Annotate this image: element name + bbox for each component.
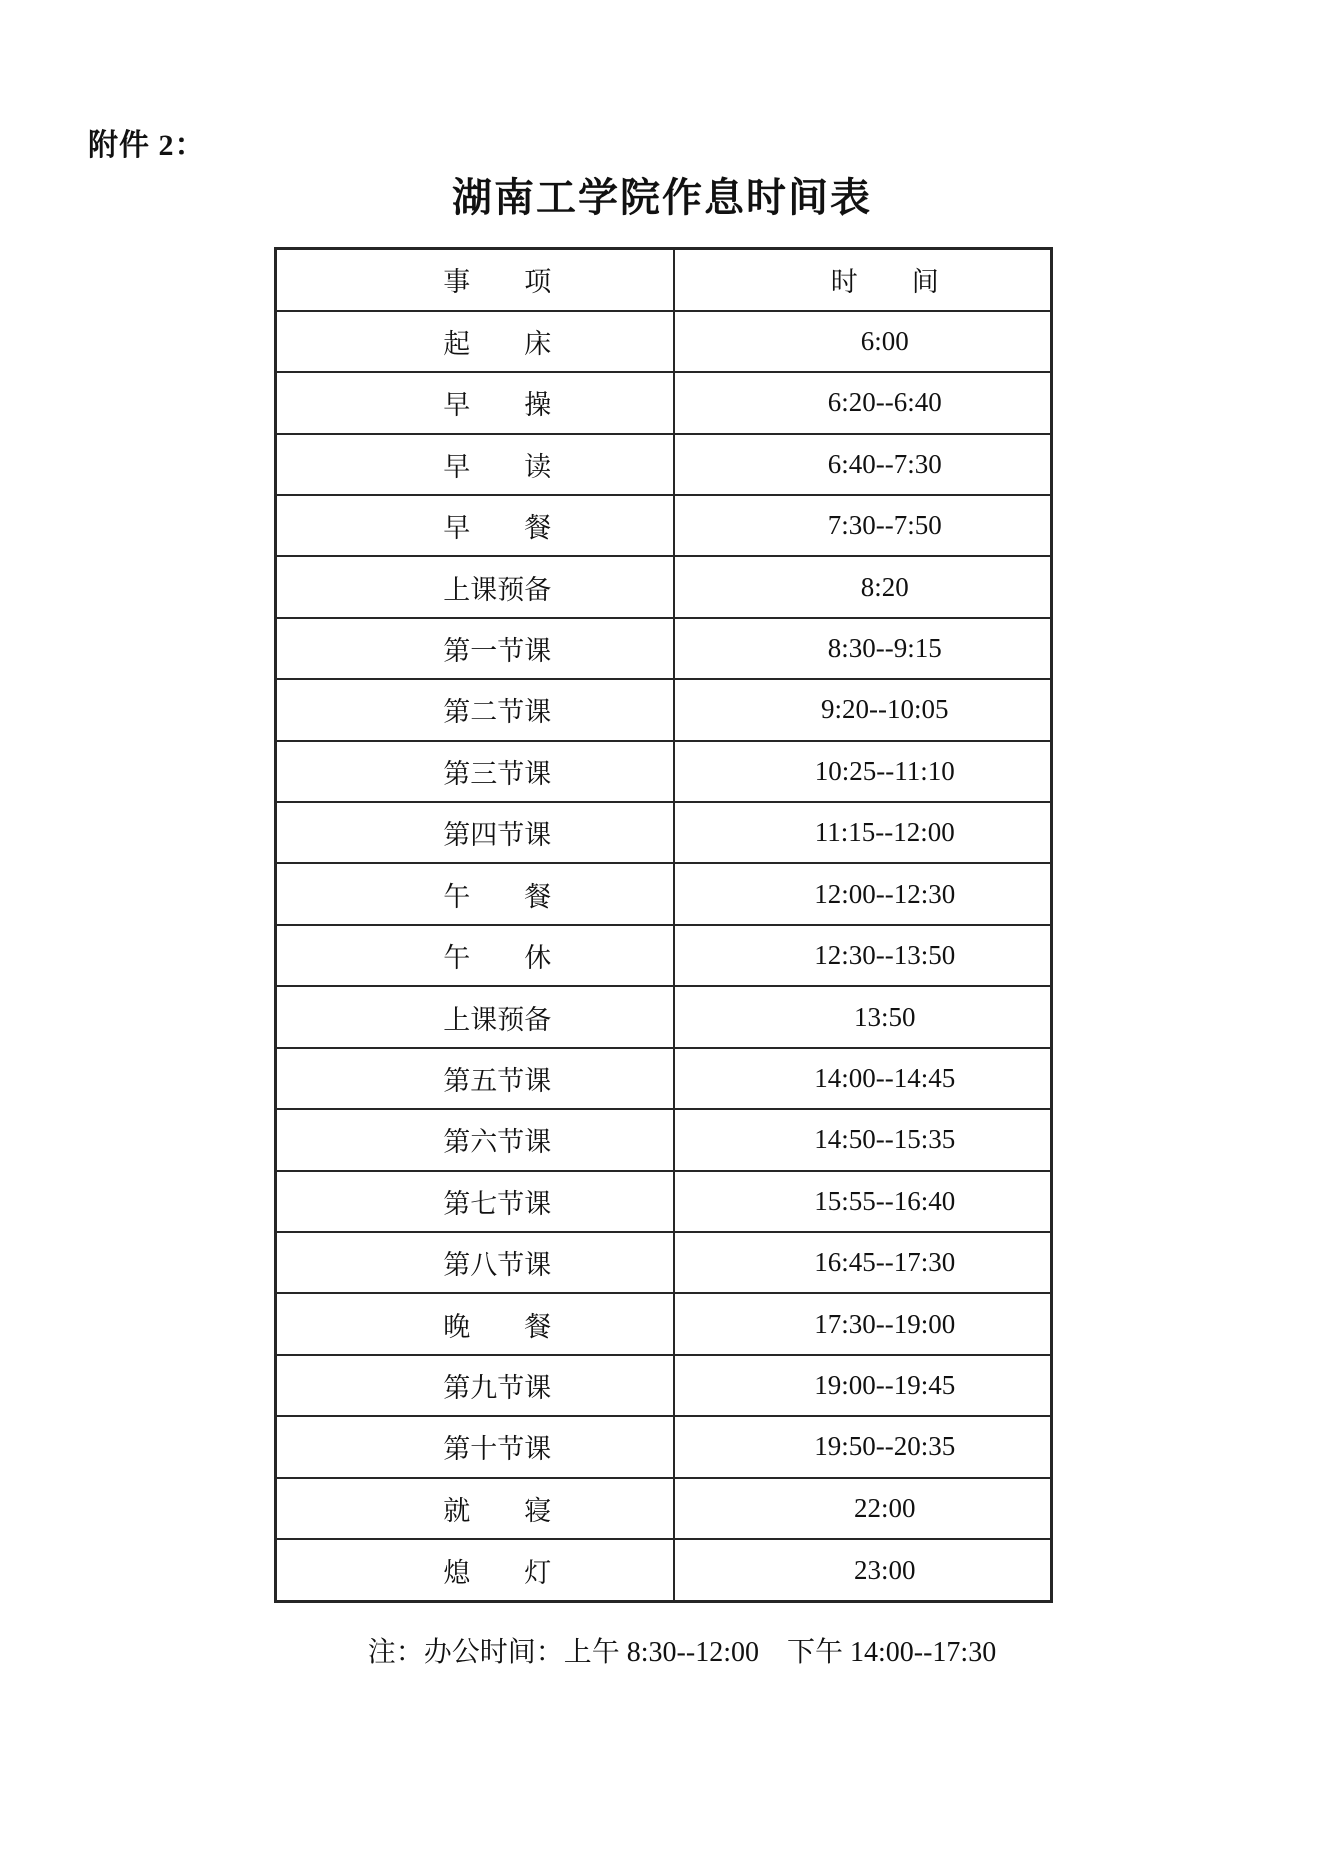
table-row: 早 餐 7:30--7:50 — [276, 495, 1052, 556]
office-hours-note: 注：办公时间：上午 8:30--12:00 下午 14:00--17:30 — [274, 1630, 1050, 1670]
time-cell: 15:55--16:40 — [674, 1171, 1052, 1232]
table-row: 第一节课 8:30--9:15 — [276, 618, 1052, 679]
time-cell: 23:00 — [674, 1539, 1052, 1601]
item-cell: 第七节课 — [276, 1171, 674, 1232]
item-cell: 早 餐 — [276, 495, 674, 556]
table-row: 早 操 6:20--6:40 — [276, 372, 1052, 433]
time-cell: 14:50--15:35 — [674, 1109, 1052, 1170]
time-cell: 22:00 — [674, 1478, 1052, 1539]
time-cell: 12:30--13:50 — [674, 925, 1052, 986]
time-cell: 9:20--10:05 — [674, 679, 1052, 740]
table-row: 第九节课 19:00--19:45 — [276, 1355, 1052, 1416]
time-cell: 17:30--19:00 — [674, 1293, 1052, 1354]
item-cell: 第三节课 — [276, 741, 674, 802]
item-cell: 第六节课 — [276, 1109, 674, 1170]
item-cell: 第四节课 — [276, 802, 674, 863]
item-cell: 第二节课 — [276, 679, 674, 740]
time-cell: 6:00 — [674, 311, 1052, 372]
page-title: 湖南工学院作息时间表 — [274, 166, 1050, 223]
item-cell: 第八节课 — [276, 1232, 674, 1293]
item-cell: 第五节课 — [276, 1048, 674, 1109]
item-cell: 晚 餐 — [276, 1293, 674, 1354]
time-cell: 6:40--7:30 — [674, 434, 1052, 495]
schedule-table: 事 项 时 间 起 床 6:00 早 操 6:20--6:40 早 读 6:40… — [274, 247, 1053, 1603]
item-cell: 起 床 — [276, 311, 674, 372]
time-cell: 8:30--9:15 — [674, 618, 1052, 679]
time-cell: 19:00--19:45 — [674, 1355, 1052, 1416]
time-cell: 6:20--6:40 — [674, 372, 1052, 433]
table-row: 早 读 6:40--7:30 — [276, 434, 1052, 495]
header-time-column: 时 间 — [674, 249, 1052, 311]
table-row: 午 休 12:30--13:50 — [276, 925, 1052, 986]
item-cell: 上课预备 — [276, 556, 674, 617]
item-cell: 第九节课 — [276, 1355, 674, 1416]
time-cell: 10:25--11:10 — [674, 741, 1052, 802]
table-row: 起 床 6:00 — [276, 311, 1052, 372]
table-row: 第六节课 14:50--15:35 — [276, 1109, 1052, 1170]
table-row: 熄 灯 23:00 — [276, 1539, 1052, 1601]
table-row: 第八节课 16:45--17:30 — [276, 1232, 1052, 1293]
table-row: 第十节课 19:50--20:35 — [276, 1416, 1052, 1477]
item-cell: 早 操 — [276, 372, 674, 433]
time-cell: 8:20 — [674, 556, 1052, 617]
item-cell: 第十节课 — [276, 1416, 674, 1477]
time-cell: 11:15--12:00 — [674, 802, 1052, 863]
document-page: { "page": { "attachment_label": "附件 2：",… — [0, 0, 1323, 1871]
time-cell: 16:45--17:30 — [674, 1232, 1052, 1293]
time-cell: 14:00--14:45 — [674, 1048, 1052, 1109]
item-cell: 早 读 — [276, 434, 674, 495]
table-row: 上课预备 8:20 — [276, 556, 1052, 617]
table-row: 就 寝 22:00 — [276, 1478, 1052, 1539]
table-row: 午 餐 12:00--12:30 — [276, 863, 1052, 924]
table-header-row: 事 项 时 间 — [276, 249, 1052, 311]
item-cell: 上课预备 — [276, 986, 674, 1047]
attachment-label: 附件 2： — [88, 120, 206, 164]
table-row: 第二节课 9:20--10:05 — [276, 679, 1052, 740]
item-cell: 熄 灯 — [276, 1539, 674, 1601]
item-cell: 就 寝 — [276, 1478, 674, 1539]
item-cell: 午 餐 — [276, 863, 674, 924]
table-row: 晚 餐 17:30--19:00 — [276, 1293, 1052, 1354]
item-cell: 第一节课 — [276, 618, 674, 679]
item-cell: 午 休 — [276, 925, 674, 986]
time-cell: 12:00--12:30 — [674, 863, 1052, 924]
table-row: 第七节课 15:55--16:40 — [276, 1171, 1052, 1232]
table-row: 第三节课 10:25--11:10 — [276, 741, 1052, 802]
header-item-column: 事 项 — [276, 249, 674, 311]
time-cell: 19:50--20:35 — [674, 1416, 1052, 1477]
time-cell: 13:50 — [674, 986, 1052, 1047]
table-row: 第四节课 11:15--12:00 — [276, 802, 1052, 863]
table-row: 第五节课 14:00--14:45 — [276, 1048, 1052, 1109]
table-row: 上课预备 13:50 — [276, 986, 1052, 1047]
time-cell: 7:30--7:50 — [674, 495, 1052, 556]
